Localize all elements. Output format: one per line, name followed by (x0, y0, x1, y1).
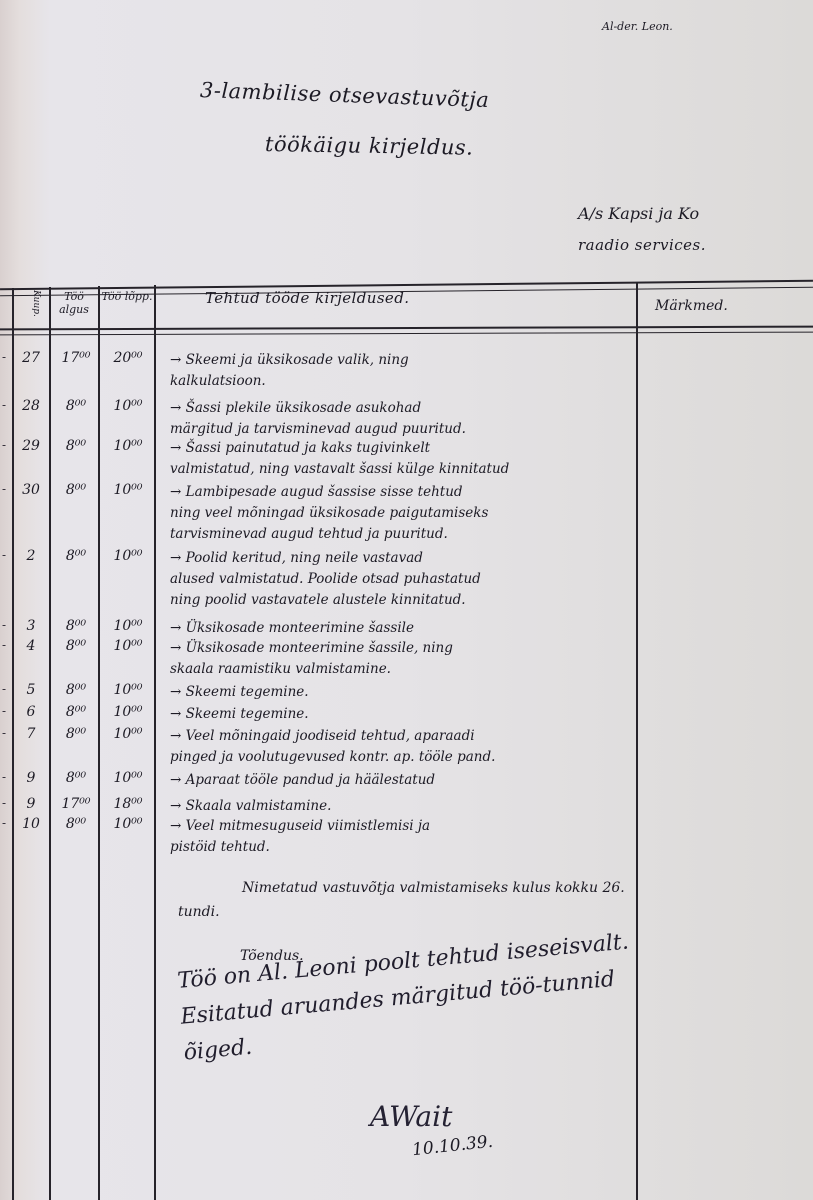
row-start-time: 8⁰⁰ (52, 704, 100, 720)
row-start-time: 17⁰⁰ (52, 350, 100, 366)
row-end-time: 10⁰⁰ (100, 482, 156, 498)
row-description: → Skeemi tegemine. (170, 704, 640, 725)
row-start-time: 8⁰⁰ (52, 398, 100, 414)
row-end-time: 10⁰⁰ (100, 682, 156, 698)
margin-mark: - (2, 482, 6, 496)
description-line: → Šassi painutatud ja kaks tugivinkelt (170, 438, 640, 459)
row-description: → Šassi plekile üksikosade asukohadmärgi… (170, 398, 640, 440)
signature: AWait (370, 1100, 452, 1133)
row-description: → Veel mitmesuguseid viimistlemisi japis… (170, 816, 640, 858)
description-line: kalkulatsioon. (170, 371, 640, 392)
row-start-time: 8⁰⁰ (52, 682, 100, 698)
description-line: ning veel mõningad üksikosade paigutamis… (170, 503, 640, 524)
header-bottom-rule-inner (0, 332, 813, 336)
row-description: → Šassi painutatud ja kaks tugivinkeltva… (170, 438, 640, 480)
header-notes: Märkmed. (655, 300, 728, 313)
row-date: 9 (14, 796, 48, 812)
margin-mark: - (2, 638, 6, 652)
description-line: → Skeemi tegemine. (170, 682, 640, 703)
row-start-time: 8⁰⁰ (52, 638, 100, 654)
description-line: → Skeemi tegemine. (170, 704, 640, 725)
row-description: → Skeemi ja üksikosade valik, ningkalkul… (170, 350, 640, 392)
column-divider (49, 287, 51, 1200)
header-description: Tehtud tööde kirjeldused. (205, 292, 409, 305)
row-start-time: 8⁰⁰ (52, 438, 100, 454)
margin-mark: - (2, 350, 6, 364)
description-line: → Veel mitmesuguseid viimistlemisi ja (170, 816, 640, 837)
row-date: 7 (14, 726, 48, 742)
row-date: 5 (14, 682, 48, 698)
signature-date: 10.10.39. (411, 1132, 494, 1160)
description-line: märgitud ja tarvisminevad augud puuritud… (170, 419, 640, 440)
row-end-time: 10⁰⁰ (100, 770, 156, 786)
description-line: tarvisminevad augud tehtud ja puuritud. (170, 524, 640, 545)
description-line: → Šassi plekile üksikosade asukohad (170, 398, 640, 419)
row-description: → Lambipesade augud šassise sisse tehtud… (170, 482, 640, 545)
description-line: → Lambipesade augud šassise sisse tehtud (170, 482, 640, 503)
row-end-time: 10⁰⁰ (100, 704, 156, 720)
row-description: → Aparaat tööle pandud ja häälestatud (170, 770, 640, 791)
description-line: → Veel mõningaid joodiseid tehtud, apara… (170, 726, 640, 747)
description-line: pinged ja voolutugevused kontr. ap. tööl… (170, 747, 640, 768)
archive-note: Al-der. Leon. (602, 20, 673, 33)
header-date: Kuup. (29, 290, 42, 317)
margin-mark: - (2, 796, 6, 810)
row-date: 2 (14, 548, 48, 564)
header-end-time: Töö lõpp. (101, 290, 153, 303)
row-start-time: 8⁰⁰ (52, 726, 100, 742)
description-line: ning poolid vastavatele alustele kinnita… (170, 590, 640, 611)
margin-mark: - (2, 704, 6, 718)
description-line: → Üksikosade monteerimine šassile (170, 618, 640, 639)
row-end-time: 20⁰⁰ (100, 350, 156, 366)
row-end-time: 10⁰⁰ (100, 726, 156, 742)
row-end-time: 10⁰⁰ (100, 398, 156, 414)
column-divider (154, 285, 156, 1200)
row-end-time: 10⁰⁰ (100, 548, 156, 564)
header-bottom-rule (0, 326, 813, 331)
row-description: → Skaala valmistamine. (170, 796, 640, 817)
row-date: 4 (14, 638, 48, 654)
row-date: 27 (14, 350, 48, 366)
summary-text: Nimetatud vastuvõtja valmistamiseks kulu… (178, 876, 638, 924)
margin-mark: - (2, 816, 6, 830)
description-line: → Poolid keritud, ning neile vastavad (170, 548, 640, 569)
description-line: → Aparaat tööle pandud ja häälestatud (170, 770, 640, 791)
column-divider (12, 288, 14, 1200)
row-description: → Skeemi tegemine. (170, 682, 640, 703)
row-date: 29 (14, 438, 48, 454)
margin-mark: - (2, 770, 6, 784)
row-description: → Üksikosade monteerimine šassile (170, 618, 640, 639)
row-end-time: 10⁰⁰ (100, 618, 156, 634)
margin-mark: - (2, 548, 6, 562)
margin-mark: - (2, 682, 6, 696)
description-line: pistöid tehtud. (170, 837, 640, 858)
row-date: 30 (14, 482, 48, 498)
row-end-time: 10⁰⁰ (100, 816, 156, 832)
page-title: 3-lambilise otsevastuvõtja (200, 78, 490, 112)
row-start-time: 8⁰⁰ (52, 770, 100, 786)
description-line: skaala raamistiku valmistamine. (170, 659, 640, 680)
margin-mark: - (2, 438, 6, 452)
description-line: alused valmistatud. Poolide otsad puhast… (170, 569, 640, 590)
row-end-time: 10⁰⁰ (100, 438, 156, 454)
row-start-time: 8⁰⁰ (52, 618, 100, 634)
row-date: 10 (14, 816, 48, 832)
row-start-time: 17⁰⁰ (52, 796, 100, 812)
header-start-time: Töö algus (50, 290, 98, 316)
row-start-time: 8⁰⁰ (52, 816, 100, 832)
row-description: → Poolid keritud, ning neile vastavadalu… (170, 548, 640, 611)
page-subtitle: töökäigu kirjeldus. (265, 132, 474, 160)
confirmation-text: Töö on Al. Leoni poolt tehtud iseseisval… (176, 923, 654, 1072)
row-start-time: 8⁰⁰ (52, 548, 100, 564)
description-line: → Skeemi ja üksikosade valik, ning (170, 350, 640, 371)
row-date: 28 (14, 398, 48, 414)
margin-mark: - (2, 398, 6, 412)
margin-mark: - (2, 618, 6, 632)
description-line: → Skaala valmistamine. (170, 796, 640, 817)
margin-mark: - (2, 726, 6, 740)
row-description: → Veel mõningaid joodiseid tehtud, apara… (170, 726, 640, 768)
row-start-time: 8⁰⁰ (52, 482, 100, 498)
row-end-time: 18⁰⁰ (100, 796, 156, 812)
row-date: 6 (14, 704, 48, 720)
column-divider (98, 286, 100, 1200)
row-description: → Üksikosade monteerimine šassile, nings… (170, 638, 640, 680)
description-line: → Üksikosade monteerimine šassile, ning (170, 638, 640, 659)
row-date: 3 (14, 618, 48, 634)
row-end-time: 10⁰⁰ (100, 638, 156, 654)
row-date: 9 (14, 770, 48, 786)
company-department: raadio services. (578, 236, 706, 254)
description-line: valmistatud, ning vastavalt šassi külge … (170, 459, 640, 480)
company-name: A/s Kapsi ja Ko (578, 204, 699, 223)
